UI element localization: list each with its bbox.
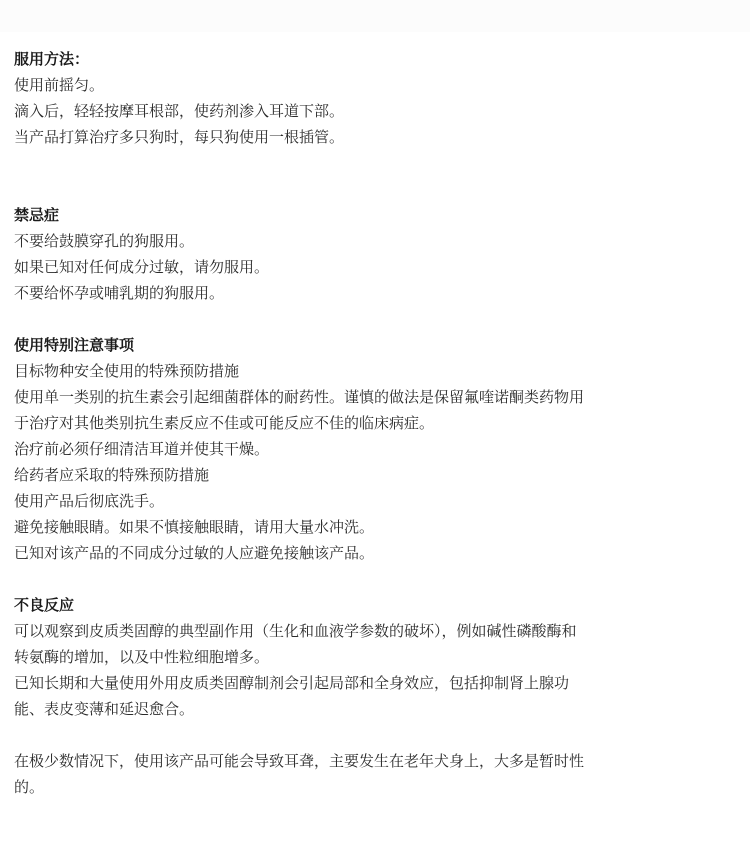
text-line: 的。 bbox=[14, 774, 714, 800]
section-usage: 服用方法： 使用前摇匀。 滴入后，轻轻按摩耳根部，使药剂渗入耳道下部。 当产品打… bbox=[14, 46, 714, 150]
section-heading: 不良反应 bbox=[14, 592, 714, 618]
top-band bbox=[0, 0, 750, 32]
text-line: 使用产品后彻底洗手。 bbox=[14, 488, 714, 514]
spacer bbox=[14, 722, 714, 748]
text-line: 转氨酶的增加，以及中性粒细胞增多。 bbox=[14, 644, 714, 670]
spacer bbox=[14, 150, 714, 202]
text-line: 使用单一类别的抗生素会引起细菌群体的耐药性。谨慎的做法是保留氟喹诺酮类药物用 bbox=[14, 384, 714, 410]
section-adverse-reactions: 不良反应 可以观察到皮质类固醇的典型副作用（生化和血液学参数的破坏），例如碱性磷… bbox=[14, 592, 714, 800]
text-line: 当产品打算治疗多只狗时，每只狗使用一根插管。 bbox=[14, 124, 714, 150]
text-line: 可以观察到皮质类固醇的典型副作用（生化和血液学参数的破坏），例如碱性磷酸酶和 bbox=[14, 618, 714, 644]
text-line: 已知对该产品的不同成分过敏的人应避免接触该产品。 bbox=[14, 540, 714, 566]
text-line: 避免接触眼睛。如果不慎接触眼睛，请用大量水冲洗。 bbox=[14, 514, 714, 540]
section-special-precautions: 使用特别注意事项 目标物种安全使用的特殊预防措施 使用单一类别的抗生素会引起细菌… bbox=[14, 332, 714, 566]
spacer bbox=[14, 566, 714, 592]
text-line: 治疗前必须仔细清洁耳道并使其干燥。 bbox=[14, 436, 714, 462]
text-line: 给药者应采取的特殊预防措施 bbox=[14, 462, 714, 488]
section-heading: 服用方法： bbox=[14, 46, 714, 72]
section-heading: 禁忌症 bbox=[14, 202, 714, 228]
text-line: 如果已知对任何成分过敏，请勿服用。 bbox=[14, 254, 714, 280]
text-line: 于治疗对其他类别抗生素反应不佳或可能反应不佳的临床病症。 bbox=[14, 410, 714, 436]
text-line: 已知长期和大量使用外用皮质类固醇制剂会引起局部和全身效应，包括抑制肾上腺功 bbox=[14, 670, 714, 696]
text-line: 能、表皮变薄和延迟愈合。 bbox=[14, 696, 714, 722]
spacer bbox=[14, 306, 714, 332]
section-heading: 使用特别注意事项 bbox=[14, 332, 714, 358]
text-line: 不要给怀孕或哺乳期的狗服用。 bbox=[14, 280, 714, 306]
text-line: 在极少数情况下，使用该产品可能会导致耳聋，主要发生在老年犬身上，大多是暂时性 bbox=[14, 748, 714, 774]
text-line: 使用前摇匀。 bbox=[14, 72, 714, 98]
text-line: 目标物种安全使用的特殊预防措施 bbox=[14, 358, 714, 384]
text-line: 不要给鼓膜穿孔的狗服用。 bbox=[14, 228, 714, 254]
text-line: 滴入后，轻轻按摩耳根部，使药剂渗入耳道下部。 bbox=[14, 98, 714, 124]
section-contraindications: 禁忌症 不要给鼓膜穿孔的狗服用。 如果已知对任何成分过敏，请勿服用。 不要给怀孕… bbox=[14, 202, 714, 306]
document-body: 服用方法： 使用前摇匀。 滴入后，轻轻按摩耳根部，使药剂渗入耳道下部。 当产品打… bbox=[14, 46, 714, 800]
